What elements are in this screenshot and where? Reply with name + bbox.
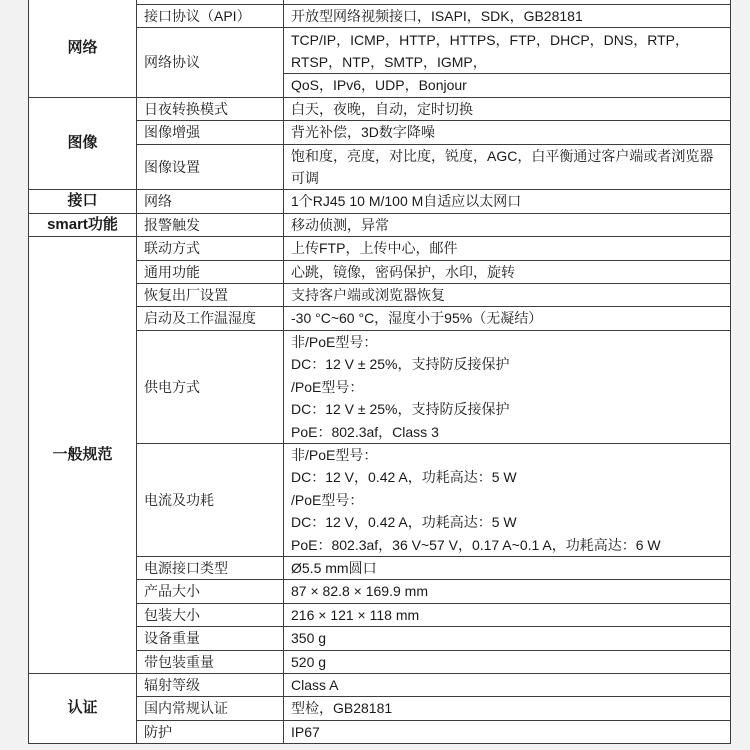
spec-label-linkage: 联动方式: [137, 237, 284, 260]
spec-label-day-night-mode: 日夜转换模式: [137, 97, 284, 120]
spec-table: 网络 接口协议（API） 开放型网络视频接口，ISAPI，SDK，GB28181…: [28, 0, 731, 744]
spec-value-image-enhancement: 背光补偿，3D数字降噪: [284, 121, 731, 144]
section-general-spec: 一般规范: [29, 237, 137, 674]
spec-label-device-weight: 设备重量: [137, 627, 284, 650]
spec-label-radiation-class: 辐射等级: [137, 673, 284, 696]
spec-value-network-protocols-2: QoS，IPv6，UDP，Bonjour: [284, 74, 731, 97]
spec-row: 一般规范 联动方式 上传FTP，上传中心，邮件: [29, 237, 731, 260]
spec-value-protection-rating: IP67: [284, 720, 731, 743]
spec-label-network-port: 网络: [137, 190, 284, 213]
spec-label-network-protocols: 网络协议: [137, 28, 284, 97]
spec-value-package-size: 216 × 121 × 118 mm: [284, 603, 731, 626]
spec-label-general-function: 通用功能: [137, 260, 284, 283]
spec-row: smart功能 报警触发 移动侦测，异常: [29, 213, 731, 236]
spec-row: 接口 网络 1个RJ45 10 M/100 M自适应以太网口: [29, 190, 731, 213]
spec-label-image-settings: 图像设置: [137, 144, 284, 190]
spec-value-current-consumption: 非/PoE型号： DC：12 V，0.42 A，功耗高达：5 W /PoE型号：…: [284, 443, 731, 556]
spec-value-domestic-certification: 型检，GB28181: [284, 697, 731, 720]
spec-value-general-function: 心跳，镜像，密码保护，水印，旋转: [284, 260, 731, 283]
spec-label-product-size: 产品大小: [137, 580, 284, 603]
spec-sheet: 网络 接口协议（API） 开放型网络视频接口，ISAPI，SDK，GB28181…: [28, 0, 730, 744]
section-certification: 认证: [29, 673, 137, 743]
spec-value-operating-temp: -30 °C~60 °C，湿度小于95%（无凝结）: [284, 307, 731, 330]
spec-value-day-night-mode: 白天，夜晚，自动，定时切换: [284, 97, 731, 120]
spec-row: 图像 日夜转换模式 白天，夜晚，自动，定时切换: [29, 97, 731, 120]
spec-label-protection-rating: 防护: [137, 720, 284, 743]
section-smart-function: smart功能: [29, 213, 137, 236]
section-image: 图像: [29, 97, 137, 190]
spec-label-factory-reset: 恢复出厂设置: [137, 284, 284, 307]
spec-value-factory-reset: 支持客户端或浏览器恢复: [284, 284, 731, 307]
spec-value-network-protocols-1: TCP/IP，ICMP，HTTP，HTTPS，FTP，DHCP，DNS，RTP，…: [284, 28, 731, 74]
spec-row: 认证 辐射等级 Class A: [29, 673, 731, 696]
spec-value-image-settings: 饱和度，亮度，对比度，锐度，AGC，白平衡通过客户端或者浏览器 可调: [284, 144, 731, 190]
section-interface: 接口: [29, 190, 137, 213]
spec-label-alarm-trigger: 报警触发: [137, 213, 284, 236]
spec-value-power-connector: Ø5.5 mm圆口: [284, 556, 731, 579]
spec-value-network-port: 1个RJ45 10 M/100 M自适应以太网口: [284, 190, 731, 213]
spec-value-power-supply: 非/PoE型号： DC：12 V ± 25%，支持防反接保护 /PoE型号： D…: [284, 330, 731, 443]
spec-label-package-size: 包装大小: [137, 603, 284, 626]
spec-label-operating-temp: 启动及工作温湿度: [137, 307, 284, 330]
spec-value-packed-weight: 520 g: [284, 650, 731, 673]
section-network: 网络: [29, 0, 137, 97]
spec-label-power-supply: 供电方式: [137, 330, 284, 443]
spec-label-current-consumption: 电流及功耗: [137, 443, 284, 556]
spec-label-api-protocol: 接口协议（API）: [137, 5, 284, 28]
spec-value-radiation-class: Class A: [284, 673, 731, 696]
spec-label-image-enhancement: 图像增强: [137, 121, 284, 144]
spec-label-domestic-certification: 国内常规认证: [137, 697, 284, 720]
spec-value-product-size: 87 × 82.8 × 169.9 mm: [284, 580, 731, 603]
spec-value-api-protocol: 开放型网络视频接口，ISAPI，SDK，GB28181: [284, 5, 731, 28]
spec-value-device-weight: 350 g: [284, 627, 731, 650]
spec-value-alarm-trigger: 移动侦测，异常: [284, 213, 731, 236]
spec-label-packed-weight: 带包装重量: [137, 650, 284, 673]
spec-label-power-connector: 电源接口类型: [137, 556, 284, 579]
spec-value-linkage: 上传FTP，上传中心，邮件: [284, 237, 731, 260]
